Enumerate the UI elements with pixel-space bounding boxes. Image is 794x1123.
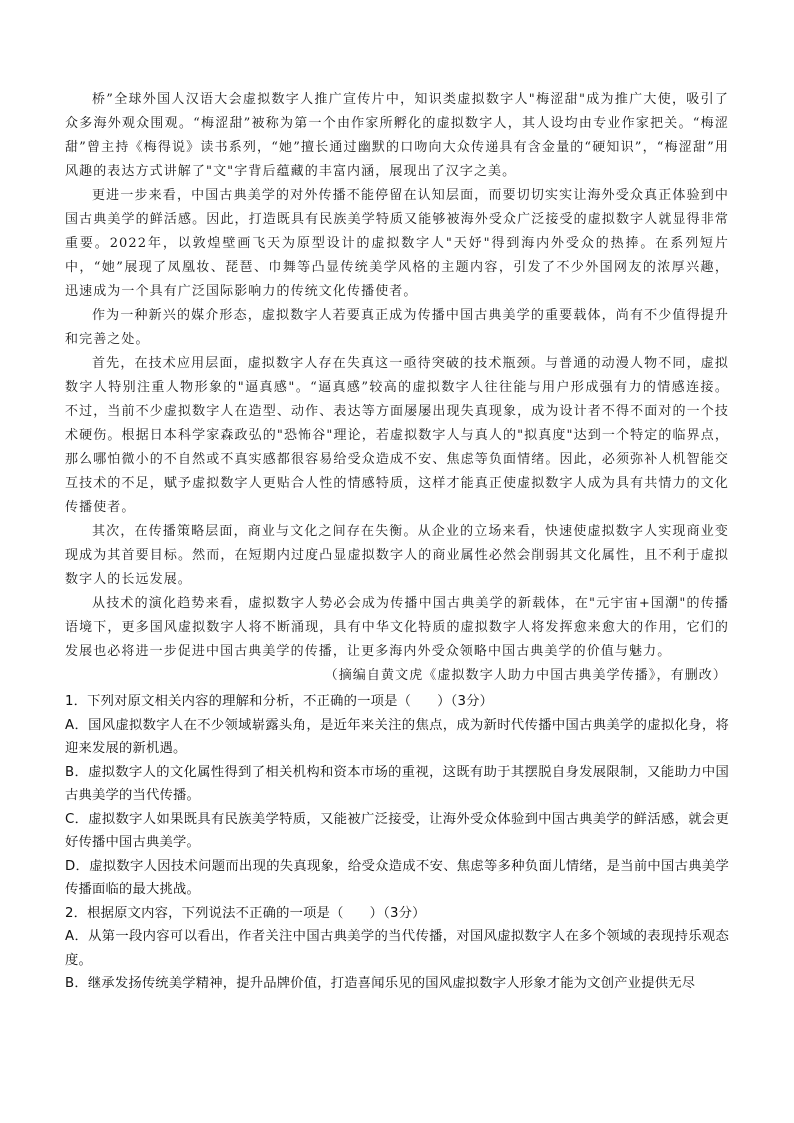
passage-paragraph-2: 更进一步来看，中国古典美学的对外传播不能停留在认知层面，而要切切实实让海外受众真… — [65, 184, 729, 304]
option-label: C． — [65, 812, 88, 827]
question-stem: 1．下列对原文相关内容的理解和分析，不正确的一项是（）（3分） — [65, 690, 729, 714]
option-text: 虚拟数字人的文化属性得到了相关机构和资本市场的重视，这既有助于其摆脱自身发展限制… — [65, 765, 729, 804]
reading-passage: 桥”全球外国人汉语大会虚拟数字人推广宣传片中，知识类虚拟数字人"梅涩甜"成为推广… — [65, 88, 729, 688]
question-score: ）（3分） — [370, 906, 426, 921]
question-1: 1．下列对原文相关内容的理解和分析，不正确的一项是（）（3分） A．国风虚拟数字… — [65, 690, 729, 902]
option-text: 虚拟数字人如果既具有民族美学特质，又能被广泛接受，让海外受众体验到中国古典美学的… — [65, 812, 729, 851]
exam-page: 桥”全球外国人汉语大会虚拟数字人推广宣传片中，知识类虚拟数字人"梅涩甜"成为推广… — [65, 88, 729, 996]
option-label: A． — [65, 929, 88, 944]
passage-paragraph-1: 桥”全球外国人汉语大会虚拟数字人推广宣传片中，知识类虚拟数字人"梅涩甜"成为推广… — [65, 88, 729, 184]
question-text: 下列对原文相关内容的理解和分析，不正确的一项是（ — [87, 694, 411, 709]
question-score: ）（3分） — [437, 694, 493, 709]
option-a: A．从第一段内容可以看出，作者关注中国古典美学的当代传播，对国风虚拟数字人在多个… — [65, 925, 729, 972]
question-stem: 2．根据原文内容，下列说法不正确的一项是（）（3分） — [65, 902, 729, 926]
option-d: D．虚拟数字人因技术问题而出现的失真现象，给受众造成不安、焦虑等多种负面儿情绪，… — [65, 855, 729, 902]
option-c: C．虚拟数字人如果既具有民族美学特质，又能被广泛接受，让海外受众体验到中国古典美… — [65, 808, 729, 855]
passage-paragraph-4: 首先，在技术应用层面，虚拟数字人存在失真这一亟待突破的技术瓶颈。与普通的动漫人物… — [65, 352, 729, 520]
passage-paragraph-5: 其次，在传播策略层面，商业与文化之间存在失衡。从企业的立场来看，快速使虚拟数字人… — [65, 520, 729, 592]
option-a: A．国风虚拟数字人在不少领域崭露头角，是近年来关注的焦点，成为新时代传播中国古典… — [65, 714, 729, 761]
option-b: B．虚拟数字人的文化属性得到了相关机构和资本市场的重视，这既有助于其摆脱自身发展… — [65, 761, 729, 808]
option-label: B． — [65, 976, 88, 991]
option-text: 继承发扬传统美学精神，提升品牌价值，打造喜闻乐见的国风虚拟数字人形象才能为文创产… — [88, 976, 695, 991]
option-b: B．继承发扬传统美学精神，提升品牌价值，打造喜闻乐见的国风虚拟数字人形象才能为文… — [65, 972, 729, 996]
question-number: 1． — [65, 694, 87, 709]
option-text: 虚拟数字人因技术问题而出现的失真现象，给受众造成不安、焦虑等多种负面儿情绪，是当… — [65, 859, 729, 898]
question-text: 根据原文内容，下列说法不正确的一项是（ — [87, 906, 343, 921]
passage-source-citation: （摘编自黄文虎《虚拟数字人助力中国古典美学传播》，有删改） — [65, 664, 729, 688]
option-text: 国风虚拟数字人在不少领域崭露头角，是近年来关注的焦点，成为新时代传播中国古典美学… — [65, 718, 729, 757]
question-2: 2．根据原文内容，下列说法不正确的一项是（）（3分） A．从第一段内容可以看出，… — [65, 902, 729, 996]
question-number: 2． — [65, 906, 87, 921]
option-label: A． — [65, 718, 88, 733]
option-text: 从第一段内容可以看出，作者关注中国古典美学的当代传播，对国风虚拟数字人在多个领域… — [65, 929, 729, 968]
option-label: D． — [65, 859, 89, 874]
passage-paragraph-3: 作为一种新兴的媒介形态，虚拟数字人若要真正成为传播中国古典美学的重要载体，尚有不… — [65, 304, 729, 352]
passage-paragraph-6: 从技术的演化趋势来看，虚拟数字人势必会成为传播中国古典美学的新载体，在"元宇宙+… — [65, 592, 729, 664]
option-label: B． — [65, 765, 88, 780]
question-section: 1．下列对原文相关内容的理解和分析，不正确的一项是（）（3分） A．国风虚拟数字… — [65, 690, 729, 996]
